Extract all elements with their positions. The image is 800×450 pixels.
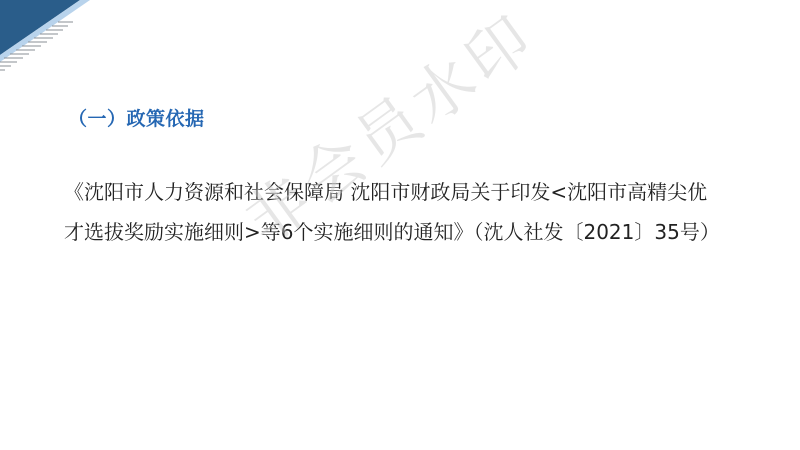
slide: （一）政策依据 《沈阳市人力资源和社会保障局 沈阳市财政局关于印发<沈阳市高精尖… [0,0,800,450]
policy-text-line-2: 才选拔奖励实施细则>等6个实施细则的通知》（沈人社发〔2021〕35号） [64,212,744,252]
corner-decoration [0,0,120,80]
policy-basis-text: 《沈阳市人力资源和社会保障局 沈阳市财政局关于印发<沈阳市高精尖优 才选拔奖励实… [64,172,744,252]
section-heading: （一）政策依据 [68,104,205,131]
policy-text-line-1: 《沈阳市人力资源和社会保障局 沈阳市财政局关于印发<沈阳市高精尖优 [64,172,744,212]
